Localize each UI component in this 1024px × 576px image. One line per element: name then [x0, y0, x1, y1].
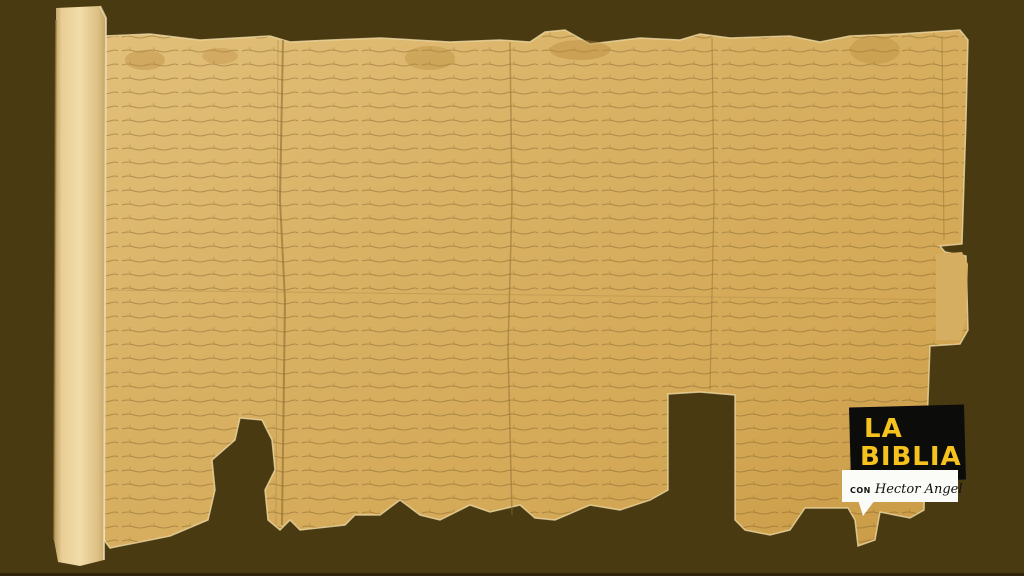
- logo-subtitle-prefix: CON: [850, 486, 871, 495]
- logo-title-line1: LA: [864, 416, 903, 442]
- logo-title-line2: BIBLIA: [860, 444, 962, 470]
- logo-subtitle-name: Hector Angel: [875, 482, 963, 497]
- scroll-roller: [54, 6, 106, 566]
- speech-bubble-tail-icon: [858, 500, 875, 516]
- logo-subtitle: CONHector Angel: [850, 478, 963, 497]
- scene: LA BIBLIA CONHector Angel: [0, 0, 1024, 576]
- la-biblia-logo: LA BIBLIA CONHector Angel: [838, 404, 968, 520]
